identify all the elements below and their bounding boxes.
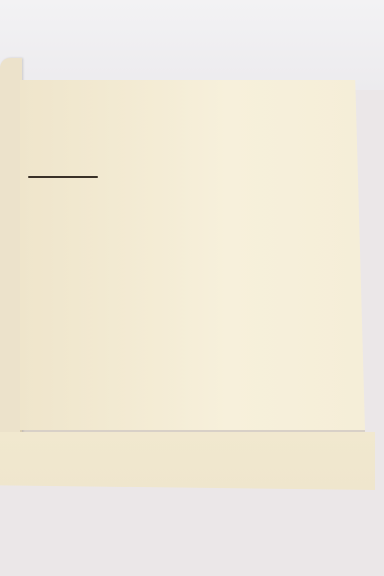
letter-folded-bottom	[0, 432, 375, 490]
letter-left-flap	[0, 58, 22, 458]
letterhead-rule	[28, 176, 98, 178]
backdrop	[0, 0, 384, 90]
letter-page	[20, 80, 365, 430]
